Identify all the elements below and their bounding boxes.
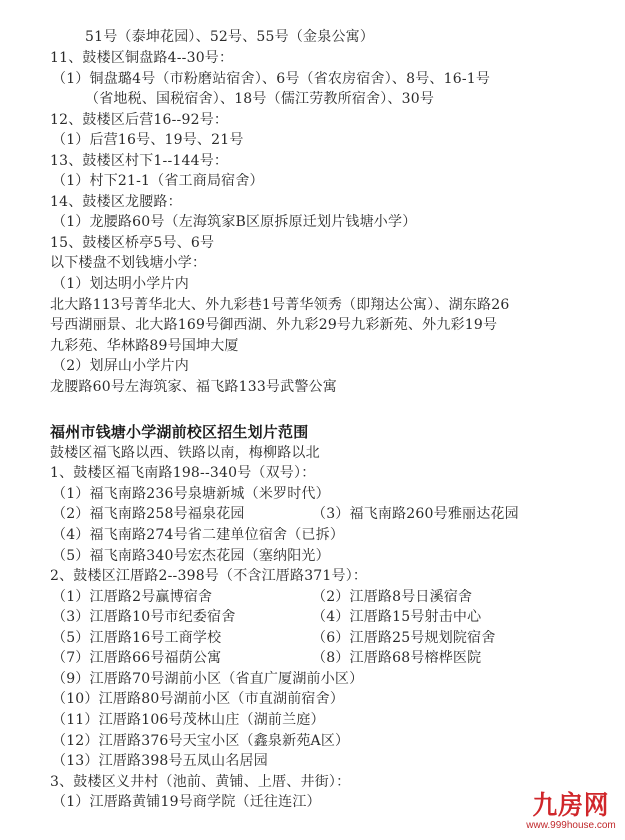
list-item: （1）龙腰路60号（左海筑家B区原拆原迁划片钱塘小学）: [52, 212, 416, 232]
list-item: （3）江厝路10号市纪委宿舍: [52, 607, 236, 627]
paragraph-line: 北大路113号菁华北大、外九彩巷1号菁华领秀（即翔达公寓）、湖东路26: [50, 295, 509, 315]
list-item: （3）福飞南路260号雅丽达花园: [312, 504, 519, 524]
list-item: （10）江厝路80号湖前小区（市直湖前宿舍）: [52, 689, 344, 709]
section-title: 12、鼓楼区后营16--92号：: [50, 110, 228, 130]
list-item: （1）江厝路黄铺19号商学院（迁往连江）: [52, 792, 321, 812]
list-item: （7）江厝路66号福荫公寓: [52, 648, 221, 668]
list-item: （2）福飞南路258号福泉花园: [52, 504, 245, 524]
list-item: （1）江厝路2号赢博宿舍: [52, 587, 212, 607]
section-title: 15、鼓楼区桥亭5号、6号: [50, 233, 214, 253]
paragraph-line: 龙腰路60号左海筑家、福飞路133号武警公寓: [50, 377, 337, 397]
section-title: 13、鼓楼区村下1--144号：: [50, 151, 228, 171]
section-title: 1、鼓楼区福飞南路198--340号（双号）：: [50, 463, 315, 483]
list-item: （5）江厝路16号工商学校: [52, 628, 221, 648]
list-item: （4）江厝路15号射击中心: [312, 607, 481, 627]
watermark-url: www.999house.com: [519, 820, 623, 832]
document-heading: 福州市钱塘小学湖前校区招生划片范围: [50, 422, 308, 442]
watermark-logo: 九房网: [522, 792, 621, 820]
list-item: （2）江厝路8号日溪宿舍: [312, 587, 472, 607]
list-item-continuation: （省地税、国税宿舍）、18号（儒江劳教所宿舍）、30号: [85, 89, 434, 109]
list-item: （1）福飞南路236号泉塘新城（米罗时代）: [52, 484, 330, 504]
list-item: （1）铜盘璐4号（市粉磨站宿舍）、6号（省农房宿舍）、8号、16-1号: [52, 69, 490, 89]
subtitle: 鼓楼区福飞路以西、铁路以南，梅柳路以北: [50, 443, 320, 463]
list-item: （12）江厝路376号天宝小区（鑫泉新苑A区）: [52, 731, 349, 751]
list-item: （4）福飞南路274号省二建单位宿舍（已拆）: [52, 525, 344, 545]
section-title: 11、鼓楼区铜盘路4--30号：: [50, 48, 233, 68]
section-title: 14、鼓楼区龙腰路：: [50, 192, 182, 212]
section-title: 2、鼓楼区江厝路2--398号（不含江厝路371号）：: [50, 566, 367, 586]
paragraph-line: 九彩苑、华林路89号国坤大厦: [50, 336, 239, 356]
list-item: （5）福飞南路340号宏杰花园（塞纳阳光）: [52, 546, 330, 566]
paragraph-line: 号西湖丽景、北大路169号御西湖、外九彩29号九彩新苑、外九彩19号: [50, 315, 497, 335]
section-title: 以下楼盘不划钱塘小学：: [50, 253, 206, 273]
text-line: 51号（泰坤花园）、52号、55号（金泉公寓）: [85, 27, 374, 47]
list-item: （8）江厝路68号榕桦医院: [312, 648, 481, 668]
list-item: （2）划屏山小学片内: [52, 356, 189, 376]
list-item: （11）江厝路106号茂林山庄（湖前兰庭）: [52, 710, 325, 730]
watermark: 九房网 www.999house.com: [519, 792, 623, 832]
list-item: （13）江厝路398号五凤山名居园: [52, 751, 268, 771]
list-item: （1）村下21-1（省工商局宿舍）: [52, 171, 264, 191]
list-item: （9）江厝路70号湖前小区（省直广厦湖前小区）: [52, 669, 363, 689]
section-title: 3、鼓楼区义井村（池前、黄铺、上厝、井街）：: [50, 772, 350, 792]
list-item: （1）划达明小学片内: [52, 274, 189, 294]
list-item: （6）江厝路25号规划院宿舍: [312, 628, 496, 648]
list-item: （1）后营16号、19号、21号: [52, 130, 244, 150]
